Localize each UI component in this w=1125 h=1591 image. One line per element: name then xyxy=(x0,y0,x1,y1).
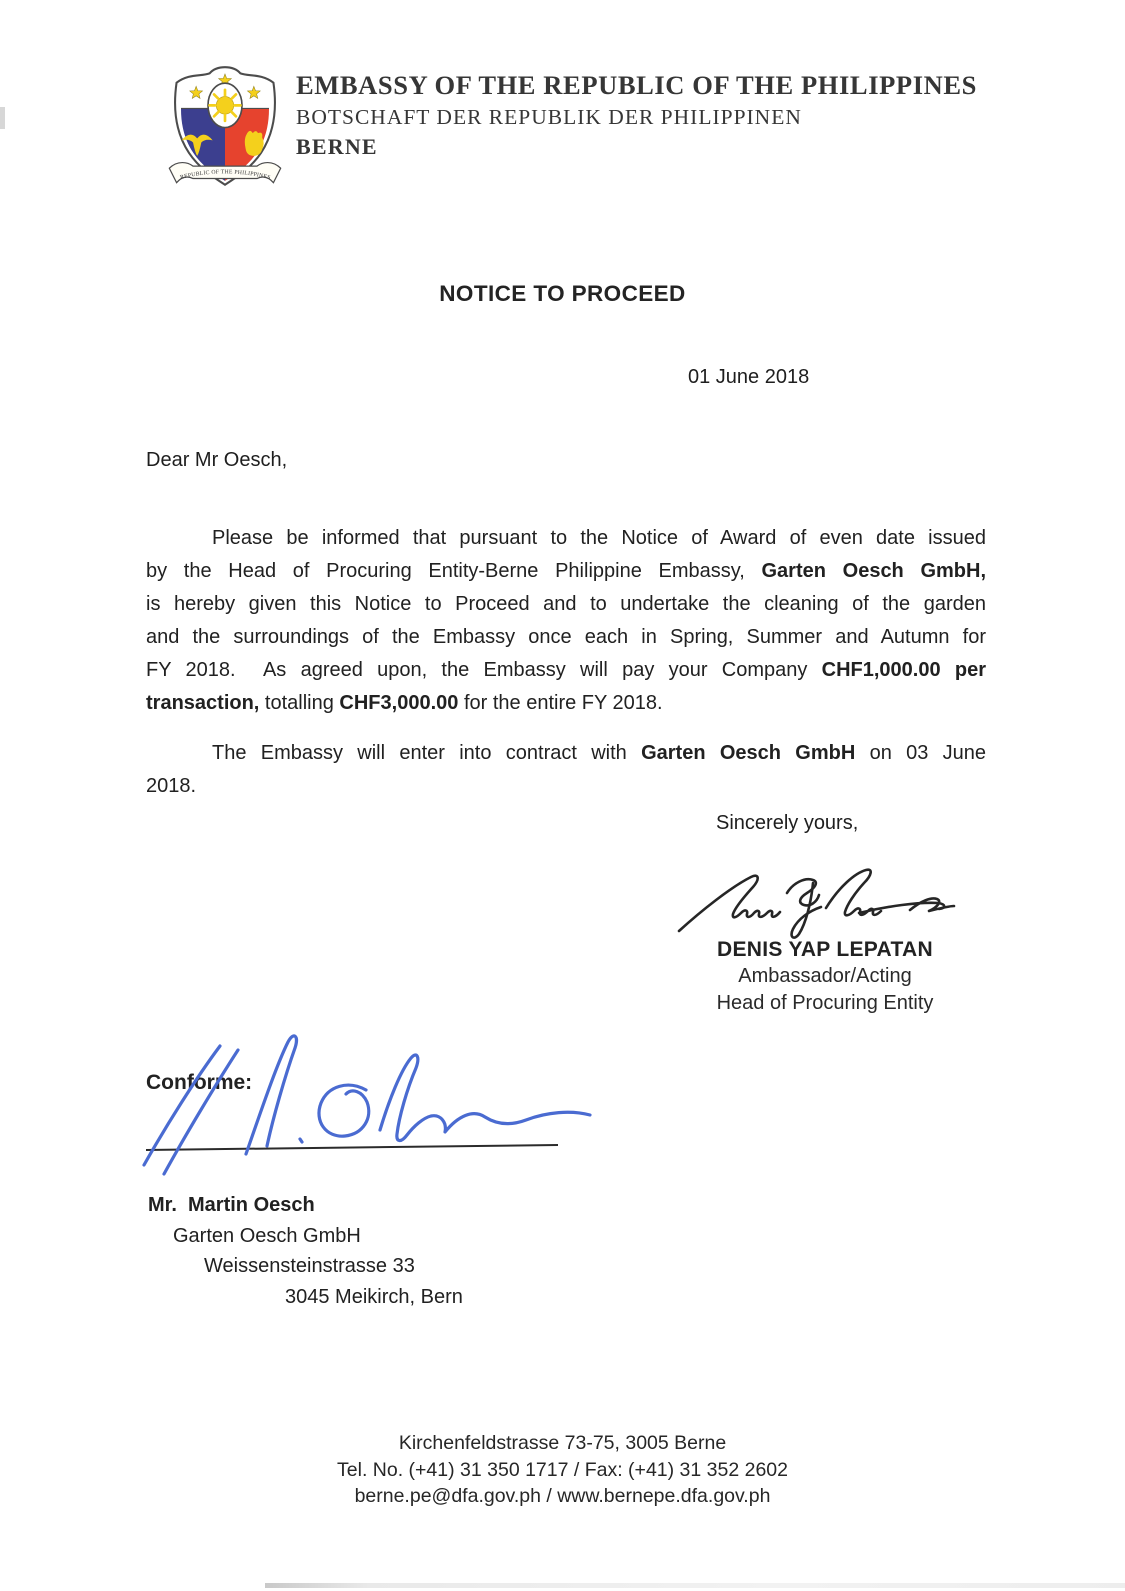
salutation: Dear Mr Oesch, xyxy=(146,449,287,472)
letter-footer: Kirchenfeldstrasse 73-75, 3005 Berne Tel… xyxy=(0,1430,1125,1510)
footer-phone-fax: Tel. No. (+41) 31 350 1717 / Fax: (+41) … xyxy=(0,1457,1125,1484)
letter-page: REPUBLIC OF THE PHILIPPINES EMBASSY OF T… xyxy=(0,0,1125,1591)
footer-address: Kirchenfeldstrasse 73-75, 3005 Berne xyxy=(0,1430,1125,1457)
signer-role: Head of Procuring Entity xyxy=(645,990,1005,1017)
philippines-coat-of-arms: REPUBLIC OF THE PHILIPPINES xyxy=(158,60,292,194)
seal-lion xyxy=(245,131,264,156)
recipient-street: Weissensteinstrasse 33 xyxy=(148,1251,463,1282)
letterhead: EMBASSY OF THE REPUBLIC OF THE PHILIPPIN… xyxy=(296,68,977,162)
valediction: Sincerely yours, xyxy=(716,812,858,835)
signature-block: DENIS YAP LEPATAN Ambassador/Acting Head… xyxy=(645,936,1005,1017)
footer-email-web: berne.pe@dfa.gov.ph / www.bernepe.dfa.go… xyxy=(0,1483,1125,1510)
signer-title: Ambassador/Acting xyxy=(645,963,1005,990)
body-paragraph-1: Please be informed that pursuant to the … xyxy=(146,522,986,720)
signature-line xyxy=(146,1145,558,1150)
conforme-signature xyxy=(130,1022,610,1180)
signer-name: DENIS YAP LEPATAN xyxy=(645,936,1005,963)
org-name-english: EMBASSY OF THE REPUBLIC OF THE PHILIPPIN… xyxy=(296,68,977,102)
recipient-company: Garten Oesch GmbH xyxy=(148,1221,463,1252)
body-paragraph-2: The Embassy will enter into contract wit… xyxy=(146,737,986,803)
ambassador-signature xyxy=(663,853,958,943)
scan-artifact-bottom-edge xyxy=(265,1583,1125,1588)
recipient-block: Mr. Martin Oesch Garten Oesch GmbH Weiss… xyxy=(148,1190,463,1312)
scan-artifact-left-edge xyxy=(0,107,5,129)
conforme-ink-strokes xyxy=(144,1036,590,1174)
recipient-name: Mr. Martin Oesch xyxy=(148,1190,463,1221)
letter-title: NOTICE TO PROCEED xyxy=(0,281,1125,307)
org-city: BERNE xyxy=(296,132,977,162)
letter-date: 01 June 2018 xyxy=(688,366,809,389)
recipient-city: 3045 Meikirch, Bern xyxy=(148,1282,463,1313)
org-name-german: BOTSCHAFT DER REPUBLIK DER PHILIPPINEN xyxy=(296,102,977,132)
